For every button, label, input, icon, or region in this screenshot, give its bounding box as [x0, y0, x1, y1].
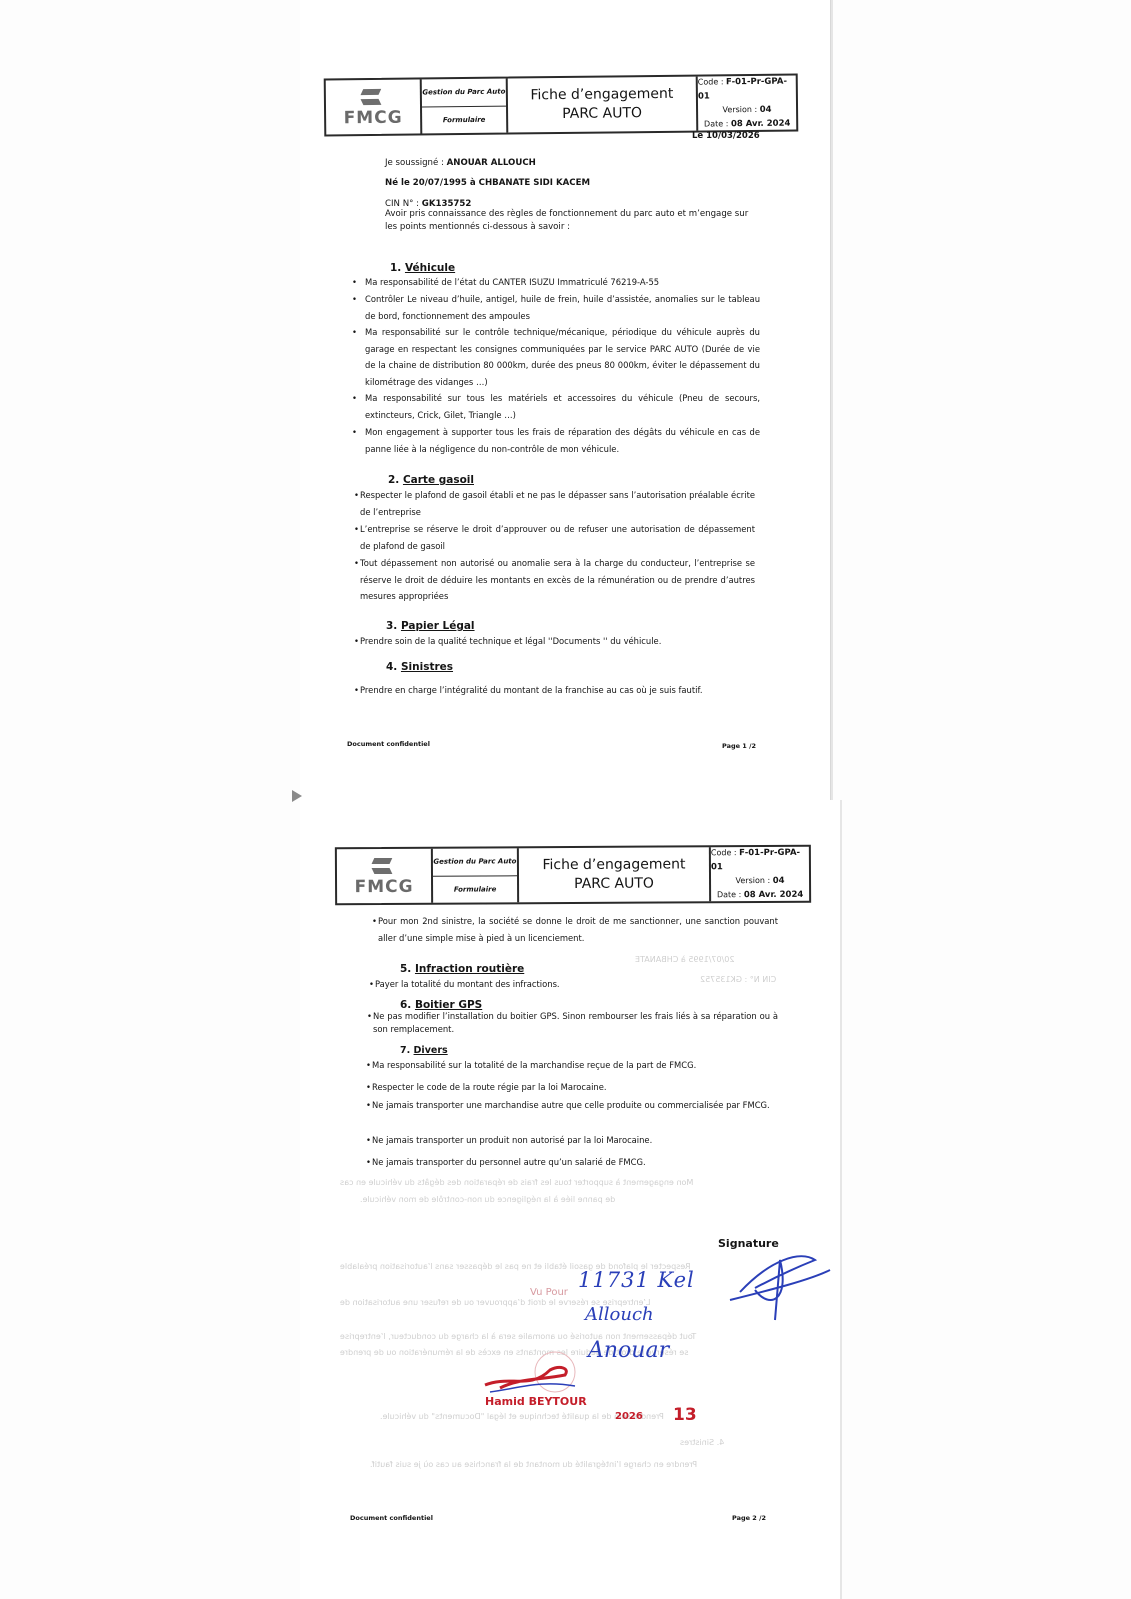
document-title: Fiche d’engagement PARC AUTO: [508, 77, 699, 133]
section-heading: 2. Carte gasoil: [388, 474, 474, 486]
logo-arrow-icon: [371, 856, 397, 878]
stamp-date-day: 13: [673, 1405, 697, 1425]
date-label: Date :: [717, 890, 744, 899]
doc-version: 04: [773, 876, 785, 886]
list-item: •Ma responsabilité de l’état du CANTER I…: [365, 274, 760, 291]
handwritten-firstname: Anouar: [588, 1338, 669, 1363]
stamp-supervisor-name: Hamid BEYTOUR: [485, 1395, 587, 1408]
page-number: Page 1 /2: [722, 742, 756, 750]
document-meta: Code : F-01-Pr-GPA-01 Version : 04 Date …: [698, 76, 797, 131]
logo-arrow-icon: [360, 87, 386, 109]
section-heading: 4. Sinistres: [386, 661, 453, 673]
list-item: •Ne jamais transporter du personnel autr…: [372, 1154, 782, 1171]
document-title: Fiche d’engagement PARC AUTO: [519, 847, 711, 902]
document-page-1: FMCG Gestion du Parc Auto Formulaire Fic…: [300, 0, 831, 800]
header-doc-type: Formulaire: [433, 876, 517, 903]
intro-paragraph: Avoir pris connaissance des règles de fo…: [385, 208, 760, 234]
list-item: •Payer la totalité du montant des infrac…: [375, 976, 775, 993]
list-item: •Mon engagement à supporter tous les fra…: [365, 424, 760, 457]
soussigne-line: Je soussigné : ANOUAR ALLOUCH: [385, 155, 536, 171]
logo-text: FMCG: [344, 109, 403, 128]
header-category: Gestion du Parc Auto: [422, 79, 506, 107]
doc-date: 08 Avr. 2024: [744, 890, 803, 900]
list-item: •Pour mon 2nd sinistre, la société se do…: [378, 913, 778, 946]
document-meta: Code : F-01-Pr-GPA-01 Version : 04 Date …: [711, 847, 809, 902]
employee-name: ANOUAR ALLOUCH: [447, 158, 536, 168]
logo-text: FMCG: [355, 878, 414, 896]
list-item: •Ne jamais transporter un produit non au…: [372, 1132, 782, 1149]
section-heading: 3. Papier Légal: [386, 620, 475, 632]
footer-confidential: Document confidentiel: [350, 1514, 433, 1522]
version-label: Version :: [722, 105, 759, 114]
list-item: •Prendre en charge l’intégralité du mont…: [360, 682, 780, 699]
list-item: •Ne pas modifier l’installation du boiti…: [373, 1010, 778, 1036]
document-date-line: Le 10/03/2026: [692, 128, 760, 144]
document-header: FMCG Gestion du Parc Auto Formulaire Fic…: [335, 845, 811, 905]
code-label: Code :: [698, 77, 726, 86]
doc-version: 04: [760, 105, 772, 115]
stamp-date-year: 2026: [615, 1411, 643, 1422]
birth-line: Né le 20/07/1995 à CHBANATE SIDI KACEM: [385, 175, 590, 191]
header-category: Gestion du Parc Auto: [433, 848, 517, 876]
list-item: •Contrôler Le niveau d’huile, antigel, h…: [365, 291, 760, 324]
company-logo: FMCG: [337, 849, 433, 904]
list-item: •Tout dépassement non autorisé ou anomal…: [360, 555, 755, 605]
title-line-2: PARC AUTO: [574, 875, 654, 894]
list-item: •Respecter le plafond de gasoil établi e…: [360, 487, 755, 520]
list-item: •Prendre soin de la qualité technique et…: [360, 633, 780, 650]
title-line-2: PARC AUTO: [562, 104, 642, 124]
list-item: •Ma responsabilité sur la totalité de la…: [372, 1057, 782, 1074]
section-heading: 1. Véhicule: [390, 262, 455, 274]
section-heading: 5. Infraction routière: [400, 963, 524, 975]
list-item: •L’entreprise se réserve le droit d’appr…: [360, 521, 755, 554]
document-page-2: FMCG Gestion du Parc Auto Formulaire Fic…: [300, 800, 840, 1599]
list-item: •Ne jamais transporter une marchandise a…: [372, 1099, 782, 1112]
code-label: Code :: [711, 848, 739, 857]
list-item: •Ma responsabilité sur tous les matériel…: [365, 390, 760, 423]
title-line-1: Fiche d’engagement: [530, 85, 673, 105]
header-doc-type: Formulaire: [422, 106, 506, 133]
list-item: •Ma responsabilité sur le contrôle techn…: [365, 324, 760, 390]
soussigne-label: Je soussigné :: [385, 158, 447, 168]
version-label: Version :: [735, 876, 772, 885]
footer-confidential: Document confidentiel: [347, 740, 430, 748]
page-number: Page 2 /2: [732, 1514, 766, 1522]
list-item: •Respecter le code de la route régie par…: [372, 1079, 782, 1096]
handwritten-surname: Allouch: [585, 1304, 654, 1325]
title-line-1: Fiche d’engagement: [542, 855, 685, 875]
section-heading: 7. Divers: [400, 1045, 448, 1056]
company-logo: FMCG: [326, 79, 423, 134]
stamp-vu-pour: Vu Pour: [530, 1287, 568, 1298]
handwritten-id: 11731 Kel: [578, 1268, 695, 1292]
